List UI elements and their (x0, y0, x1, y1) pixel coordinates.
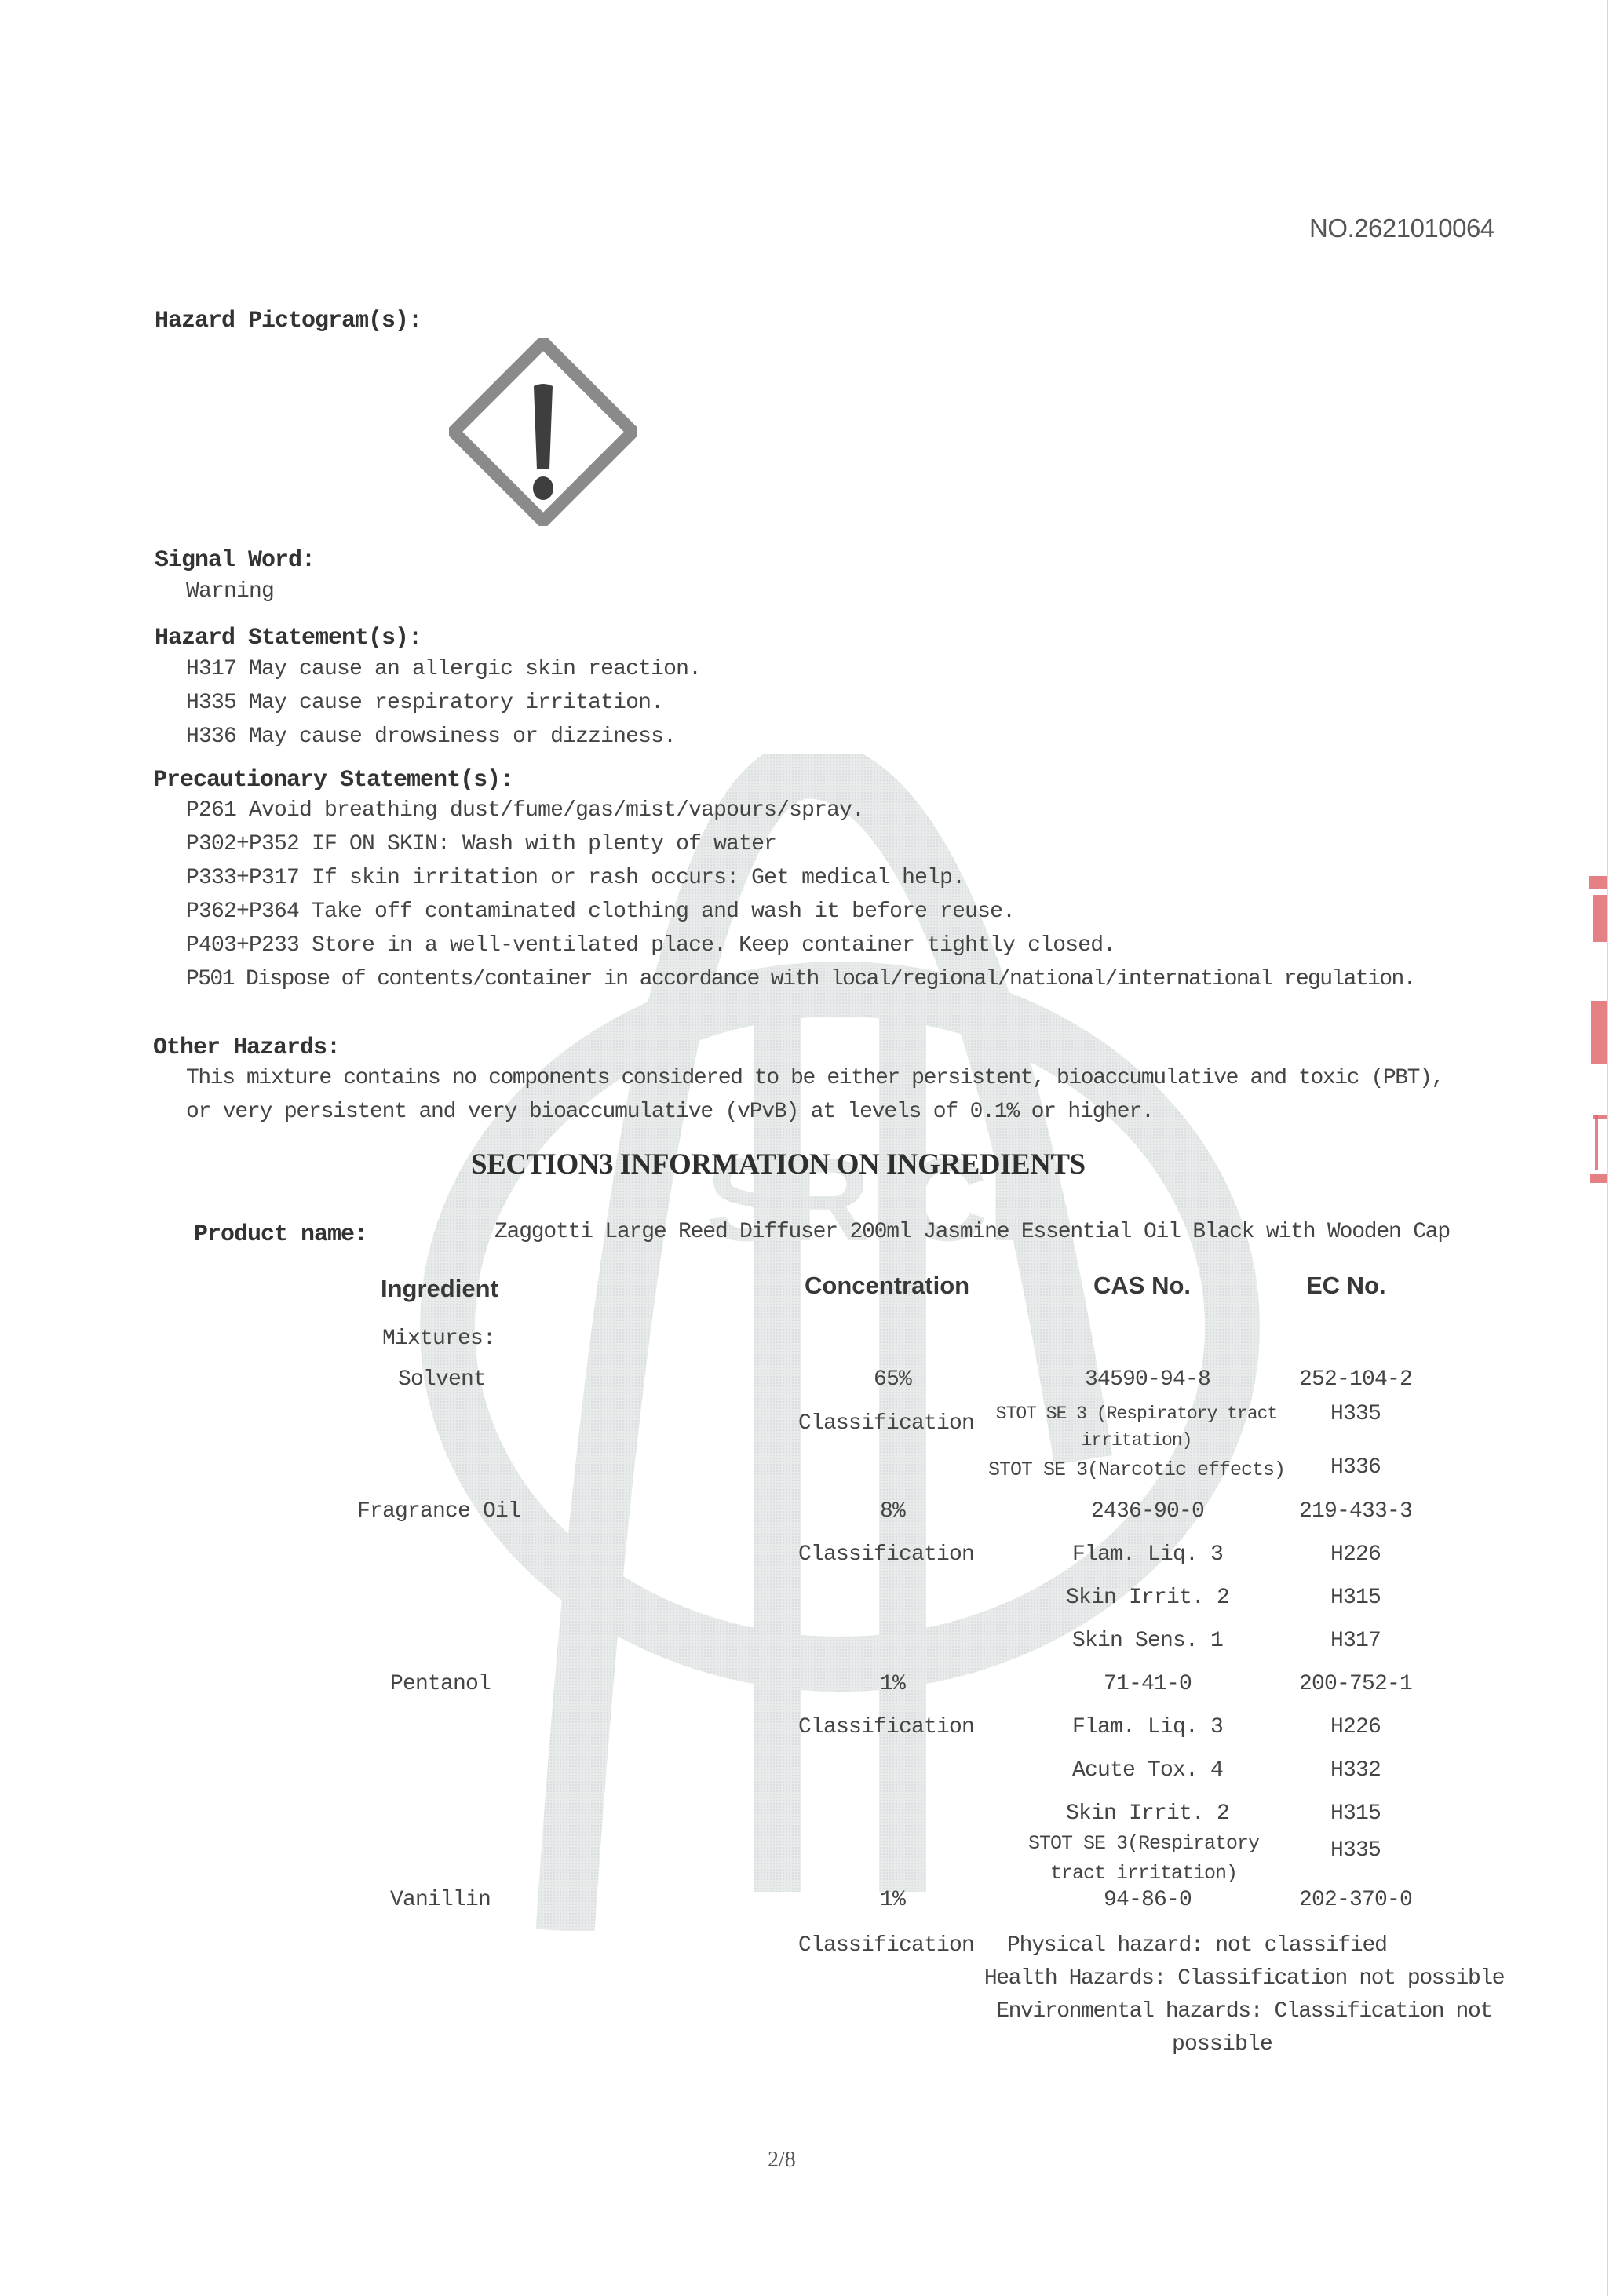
classification-label: Classification (798, 1542, 974, 1567)
ingredient-ec: 202-370-0 (1299, 1888, 1412, 1912)
classification-label: Classification (798, 1933, 974, 1958)
classification-entry: Flam. Liq. 3 (1072, 1715, 1223, 1739)
classification-entry: STOT SE 3(Respiratory (1028, 1832, 1259, 1855)
hazard-code: H226 (1330, 1715, 1381, 1739)
classification-entry: Skin Sens. 1 (1072, 1629, 1223, 1653)
other-hazards-text: This mixture contains no components cons… (186, 1066, 1443, 1090)
document-number: NO.2621010064 (1309, 214, 1494, 243)
hazard-statement: H335 May cause respiratory irritation. (186, 691, 663, 715)
header-ec-no: EC No. (1306, 1272, 1386, 1300)
hazard-code: H332 (1330, 1758, 1381, 1783)
classification-note: Physical hazard: not classified (1007, 1933, 1387, 1958)
precautionary-statement: P302+P352 IF ON SKIN: Wash with plenty o… (186, 832, 776, 856)
srici-watermark-logo: SRICI (408, 754, 1272, 1931)
ingredient-concentration: 1% (880, 1672, 905, 1696)
signal-word-value: Warning (186, 579, 274, 604)
precautionary-statement: P362+P364 Take off contaminated clothing… (186, 900, 1015, 924)
classification-entry: tract irritation) (1050, 1862, 1237, 1885)
mixtures-label: Mixtures: (382, 1327, 495, 1351)
classification-entry: Acute Tox. 4 (1072, 1758, 1223, 1783)
other-hazards-label: Other Hazards: (153, 1035, 340, 1061)
ingredient-concentration: 65% (874, 1367, 911, 1392)
ingredient-cas: 71-41-0 (1104, 1672, 1192, 1696)
ingredient-name: Vanillin (390, 1888, 491, 1912)
classification-entry: STOT SE 3 (Respiratory tract (996, 1404, 1277, 1424)
classification-entry: STOT SE 3(Narcotic effects) (988, 1458, 1285, 1481)
page-edge-line (1607, 0, 1608, 2296)
hazard-code: H315 (1330, 1801, 1381, 1826)
product-name-value: Zaggotti Large Reed Diffuser 200ml Jasmi… (494, 1220, 1450, 1244)
classification-note: possible (1172, 2032, 1272, 2057)
hazard-code: H336 (1330, 1455, 1381, 1480)
classification-note: Environmental hazards: Classification no… (996, 1999, 1492, 2024)
other-hazards-text: or very persistent and very bioaccumulat… (186, 1100, 1154, 1124)
hazard-code: H317 (1330, 1629, 1381, 1653)
product-name-label: Product name: (194, 1221, 367, 1248)
precautionary-statement: P261 Avoid breathing dust/fume/gas/mist/… (186, 798, 864, 823)
ingredient-cas: 34590-94-8 (1085, 1367, 1210, 1392)
signal-word-label: Signal Word: (155, 547, 315, 574)
ingredient-name: Pentanol (390, 1672, 491, 1696)
hazard-statements-label: Hazard Statement(s): (155, 625, 422, 652)
ingredient-ec: 200-752-1 (1299, 1672, 1412, 1696)
header-ingredient: Ingredient (381, 1275, 498, 1303)
hazard-code: H315 (1330, 1586, 1381, 1610)
classification-entry: Skin Irrit. 2 (1066, 1801, 1229, 1826)
ingredient-cas: 2436-90-0 (1091, 1499, 1204, 1524)
ingredient-name: Fragrance Oil (357, 1499, 520, 1524)
precautionary-statement: P501 Dispose of contents/container in ac… (186, 967, 1415, 991)
ingredient-cas: 94-86-0 (1104, 1888, 1192, 1912)
hazard-code: H226 (1330, 1542, 1381, 1567)
hazard-statement: H336 May cause drowsiness or dizziness. (186, 725, 676, 749)
classification-entry: irritation) (1082, 1430, 1192, 1451)
header-cas-no: CAS No. (1093, 1272, 1191, 1300)
hazard-code: H335 (1330, 1402, 1381, 1426)
classification-note: Health Hazards: Classification not possi… (984, 1966, 1504, 1991)
header-concentration: Concentration (805, 1272, 969, 1300)
precautionary-statement: P333+P317 If skin irritation or rash occ… (186, 866, 965, 890)
hazard-code: H335 (1330, 1838, 1381, 1863)
page-number: 2/8 (768, 2148, 796, 2173)
hazard-pictogram-label: Hazard Pictogram(s): (155, 308, 422, 334)
classification-label: Classification (798, 1411, 974, 1436)
ingredient-ec: 252-104-2 (1299, 1367, 1412, 1392)
ingredient-ec: 219-433-3 (1299, 1499, 1412, 1524)
exclamation-mark-diamond-icon (449, 338, 637, 526)
hazard-statement: H317 May cause an allergic skin reaction… (186, 657, 701, 681)
ingredient-concentration: 1% (880, 1888, 905, 1912)
section3-title: SECTION3 INFORMATION ON INGREDIENTS (471, 1148, 1086, 1181)
ingredient-name: Solvent (398, 1367, 486, 1392)
classification-entry: Flam. Liq. 3 (1072, 1542, 1223, 1567)
ingredient-concentration: 8% (880, 1499, 905, 1524)
precautionary-statement: P403+P233 Store in a well-ventilated pla… (186, 933, 1115, 958)
classification-label: Classification (798, 1715, 974, 1739)
precautionary-statements-label: Precautionary Statement(s): (153, 767, 513, 794)
classification-entry: Skin Irrit. 2 (1066, 1586, 1229, 1610)
